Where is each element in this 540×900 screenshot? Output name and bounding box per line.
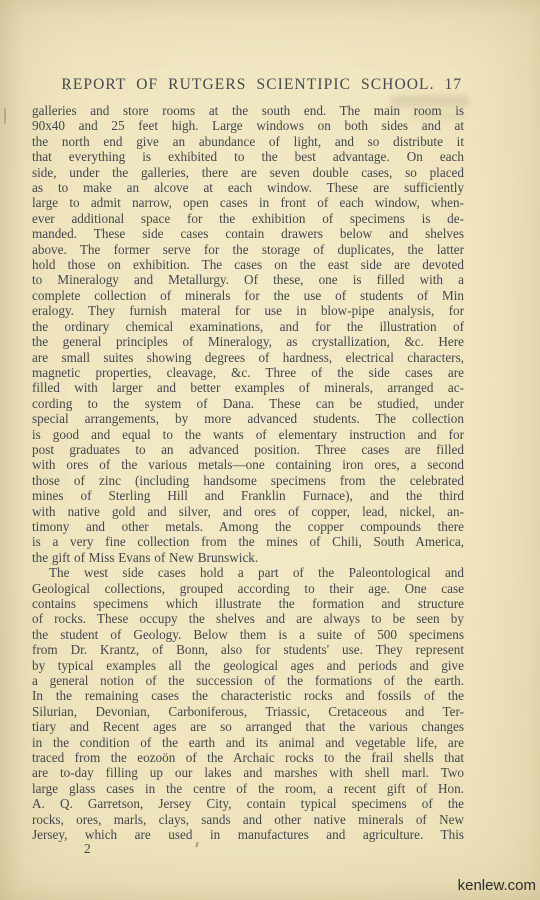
text-line: large to admit narrow, open cases in fro… xyxy=(32,195,464,210)
text-line: are small suites showing degrees of hard… xyxy=(32,350,464,365)
text-line: 90x40 and 25 feet high. Large windows on… xyxy=(32,118,464,133)
text-line: of rocks. These occupy the shelves and a… xyxy=(32,611,464,626)
text-line: Jersey, which are used in manufactures a… xyxy=(32,827,464,842)
running-head-title: REPORT OF RUTGERS SCIENTIPIC SCHOOL. xyxy=(61,76,434,93)
text-line: to Mineralogy and Metallurgy. Of these, … xyxy=(32,272,464,287)
text-line: post graduates to an advanced position. … xyxy=(32,442,464,457)
text-line: A. Q. Garretson, Jersey City, contain ty… xyxy=(32,796,464,811)
text-line: is good and equal to the wants of elemen… xyxy=(32,427,464,442)
text-line: a general notion of the succession of th… xyxy=(32,673,464,688)
text-line: are to-day filling up our lakes and mars… xyxy=(32,765,464,780)
text-line: that everything is exhibited to the best… xyxy=(32,149,464,164)
scanned-book-page: REPORT OF RUTGERS SCIENTIPIC SCHOOL. 17 … xyxy=(0,0,540,900)
text-line: Silurian, Devonian, Carboniferous, Trias… xyxy=(32,704,464,719)
text-line: the ordinary chemical examinations, and … xyxy=(32,319,464,334)
text-line: in the condition of the earth and its an… xyxy=(32,735,464,750)
text-line: the north end give an abundance of light… xyxy=(32,134,464,149)
text-line: In the remaining cases the characteristi… xyxy=(32,688,464,703)
text-line: from Dr. Krantz, of Bonn, also for stude… xyxy=(32,642,464,657)
watermark: kenlew.com xyxy=(458,877,536,894)
text-line: by typical examples all the geological a… xyxy=(32,658,464,673)
page-number: 17 xyxy=(445,76,463,94)
text-line: mines of Sterling Hill and Franklin Furn… xyxy=(32,488,464,503)
text-line: magnetic properties, cleavage, &c. Three… xyxy=(32,365,464,380)
text-line: ever additional space for the exhibition… xyxy=(32,211,464,226)
text-line: with native gold and silver, and ores of… xyxy=(32,504,464,519)
text-line: large glass cases in the centre of the r… xyxy=(32,781,464,796)
body-text: galleries and store rooms at the south e… xyxy=(32,103,464,843)
text-line: the gift of Miss Evans of New Brunswick. xyxy=(32,550,464,565)
text-line: The west side cases hold a part of the P… xyxy=(32,565,464,580)
text-line: tiary and Recent ages are so arranged th… xyxy=(32,719,464,734)
signature-mark: 2 xyxy=(84,841,91,857)
text-line: with ores of the various metals—one cont… xyxy=(32,457,464,472)
text-line: manded. These side cases contain drawers… xyxy=(32,226,464,241)
text-line: as to make an alcove at each window. The… xyxy=(32,180,464,195)
scan-artifact-stray-mark xyxy=(196,842,199,847)
text-line: contains specimens which illustrate the … xyxy=(32,596,464,611)
text-line: cording to the system of Dana. These can… xyxy=(32,396,464,411)
text-line: rocks, ores, marls, clays, sands and oth… xyxy=(32,812,464,827)
text-line: Geological collections, grouped accordin… xyxy=(32,581,464,596)
text-line: galleries and store rooms at the south e… xyxy=(32,103,464,118)
text-line: traced from the eozoön of the Archaic ro… xyxy=(32,750,464,765)
text-line: above. The former serve for the storage … xyxy=(32,242,464,257)
text-line: is a very fine collection from the mines… xyxy=(32,534,464,549)
text-line: hold those on exhibition. The cases on t… xyxy=(32,257,464,272)
text-line: timony and other metals. Among the coppe… xyxy=(32,519,464,534)
text-line: special arrangements, by more advanced s… xyxy=(32,411,464,426)
scan-artifact-edge-mark xyxy=(4,108,6,124)
text-line: eralogy. They furnish materal for use in… xyxy=(32,303,464,318)
text-line: complete collection of minerals for the … xyxy=(32,288,464,303)
text-line: side, under the galleries, there are sev… xyxy=(32,165,464,180)
text-line: the student of Geology. Below them is a … xyxy=(32,627,464,642)
running-head: REPORT OF RUTGERS SCIENTIPIC SCHOOL. 17 xyxy=(32,76,464,94)
text-line: those of zinc (including handsome specim… xyxy=(32,473,464,488)
text-line: filled with larger and better examples o… xyxy=(32,380,464,395)
text-line: the general principles of Mineralogy, as… xyxy=(32,334,464,349)
